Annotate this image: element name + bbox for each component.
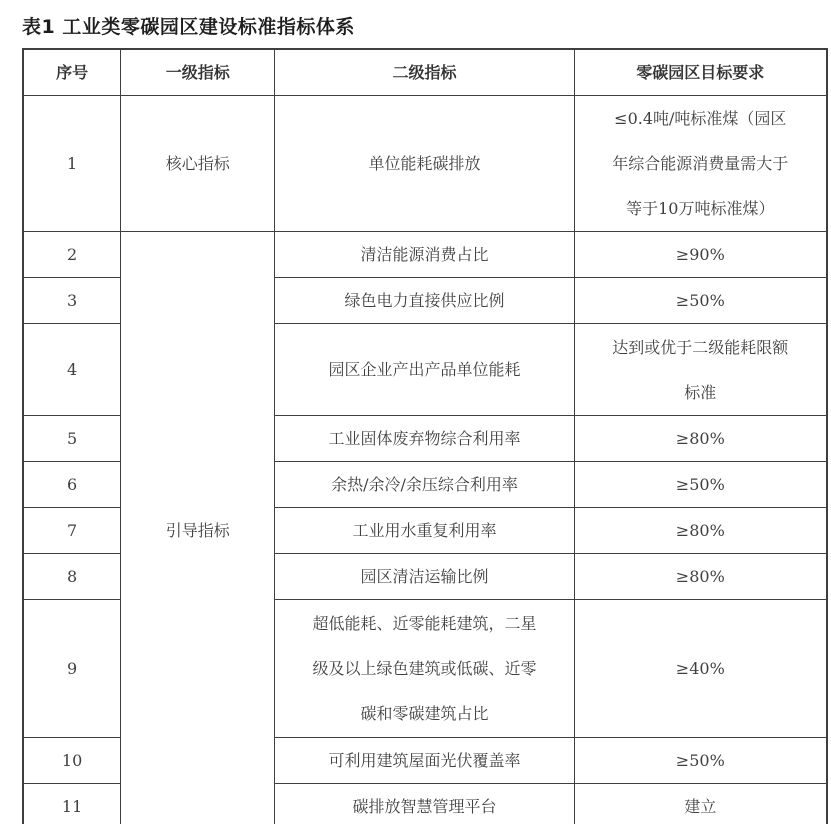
level2-indicator-cell: 园区清洁运输比例 [275,554,574,600]
row-number-cell: 6 [23,462,121,508]
row-number-cell: 9 [23,600,121,738]
level2-indicator-cell: 清洁能源消费占比 [275,232,574,278]
target-cell: ≥80% [574,554,827,600]
row-number-cell: 1 [23,96,121,232]
table-row: 1 核心指标 单位能耗碳排放 ≤0.4吨/吨标准煤（园区 年综合能源消费量需大于… [23,96,827,232]
level1-indicator-cell: 核心指标 [121,96,275,232]
level1-indicator-cell: 引导指标 [121,232,275,824]
row-number-cell: 2 [23,232,121,278]
target-cell: ≥50% [574,738,827,784]
row-number-cell: 5 [23,416,121,462]
level2-indicator-cell: 工业用水重复利用率 [275,508,574,554]
table-title: 表1 工业类零碳园区建设标准指标体系 [22,10,831,48]
level2-indicator-cell: 工业固体废弃物综合利用率 [275,416,574,462]
row-number-cell: 11 [23,784,121,824]
level2-indicator-cell: 余热/余冷/余压综合利用率 [275,462,574,508]
level2-indicator-cell: 绿色电力直接供应比例 [275,278,574,324]
target-cell: ≥80% [574,416,827,462]
target-cell: ≥50% [574,278,827,324]
target-cell: ≤0.4吨/吨标准煤（园区 年综合能源消费量需大于 等于10万吨标准煤） [574,96,827,232]
target-cell: ≥80% [574,508,827,554]
indicator-table: 序号 一级指标 二级指标 零碳园区目标要求 1 核心指标 单位能耗碳排放 ≤0.… [22,48,828,824]
target-cell: 达到或优于二级能耗限额 标准 [574,324,827,416]
target-cell: 建立 [574,784,827,824]
target-cell: ≥40% [574,600,827,738]
header-cell-level2: 二级指标 [275,49,574,96]
level2-indicator-cell: 单位能耗碳排放 [275,96,574,232]
header-cell-no: 序号 [23,49,121,96]
header-cell-target: 零碳园区目标要求 [574,49,827,96]
row-number-cell: 10 [23,738,121,784]
table-row: 2 引导指标 清洁能源消费占比 ≥90% [23,232,827,278]
level2-indicator-cell: 碳排放智慧管理平台 [275,784,574,824]
level2-indicator-cell: 可利用建筑屋面光伏覆盖率 [275,738,574,784]
header-cell-level1: 一级指标 [121,49,275,96]
target-cell: ≥50% [574,462,827,508]
header-row: 序号 一级指标 二级指标 零碳园区目标要求 [23,49,827,96]
row-number-cell: 3 [23,278,121,324]
row-number-cell: 4 [23,324,121,416]
level2-indicator-cell: 超低能耗、近零能耗建筑，二星 级及以上绿色建筑或低碳、近零 碳和零碳建筑占比 [275,600,574,738]
target-cell: ≥90% [574,232,827,278]
level2-indicator-cell: 园区企业产出产品单位能耗 [275,324,574,416]
row-number-cell: 8 [23,554,121,600]
row-number-cell: 7 [23,508,121,554]
